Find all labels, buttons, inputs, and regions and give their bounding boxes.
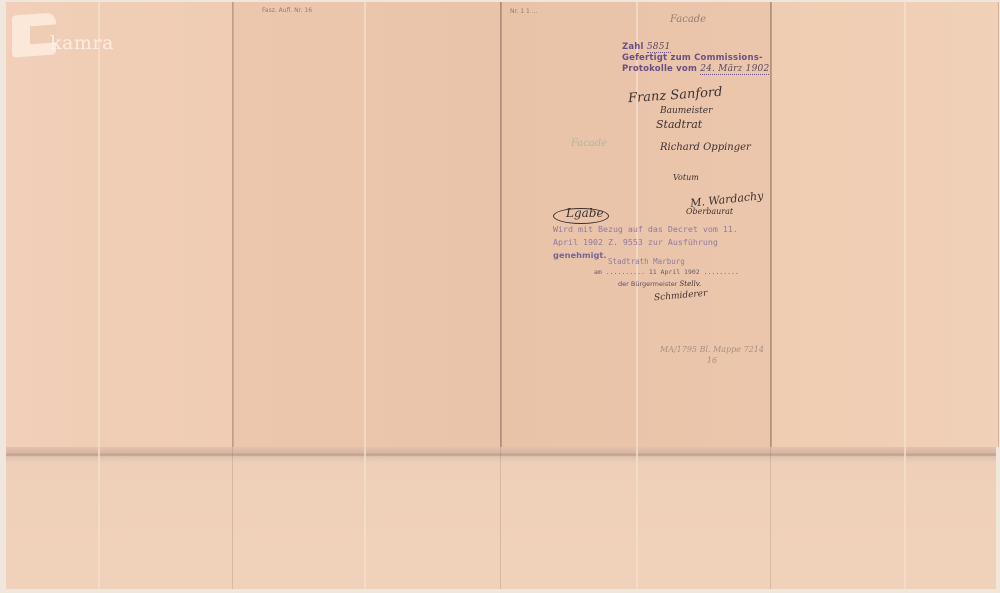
bottom-strip xyxy=(6,463,996,589)
vertical-crease xyxy=(98,2,100,589)
panel-edge xyxy=(232,2,233,589)
panel-1 xyxy=(6,2,233,447)
signature: Richard Oppinger xyxy=(660,142,751,153)
flourish-underline xyxy=(553,208,609,224)
office-label: der Bürgermeister xyxy=(618,280,677,288)
panel-edge xyxy=(770,2,771,589)
pencil-note-top-left: Fasz. Aufl. Nr. 16 xyxy=(262,7,312,14)
stamp-number-label: Zahl xyxy=(622,42,644,52)
kamra-watermark: kamra xyxy=(12,14,122,60)
stamp-date-value: 24. März 1902 xyxy=(700,64,769,75)
decree-line-2: April 1902 Z. 9553 zur Ausführung xyxy=(553,236,753,249)
signature: Stadtrat xyxy=(656,118,702,131)
pencil-note-top-right: Facade xyxy=(670,14,706,25)
stamp-line-3-label: Protokolle vom xyxy=(622,64,697,74)
signature: Oberbaurat xyxy=(686,207,733,216)
panel-2 xyxy=(232,2,503,447)
signature: Baumeister xyxy=(660,106,712,116)
date-value: 11 April 1902 xyxy=(649,268,700,276)
panel-4 xyxy=(770,2,999,447)
stamp-number-value: 5851 xyxy=(647,42,671,53)
archive-reference: MA/1795 Bl. Mappe 7214 16 xyxy=(660,344,764,366)
archive-ref-line-1: MA/1795 Bl. Mappe 7214 xyxy=(660,344,764,355)
vertical-crease xyxy=(364,2,366,589)
date-prefix: am xyxy=(594,268,602,276)
document-sheet xyxy=(6,2,996,589)
decree-line-1: Wird mit Bezug auf das Decret vom 11. xyxy=(553,223,753,236)
watermark-brand: kamra xyxy=(50,32,114,54)
pencil-note-top-center: Nr. 1 1 ... xyxy=(510,8,537,15)
panel-edge xyxy=(500,2,501,589)
vertical-crease xyxy=(904,2,906,589)
stamp-line-2: Gefertigt zum Commissions- xyxy=(622,53,769,64)
horizontal-fold xyxy=(6,447,996,463)
mayor-office: der Bürgermeister Stellv. xyxy=(618,280,701,288)
signature: Votum xyxy=(673,173,699,182)
archive-ref-line-2: 16 xyxy=(660,355,764,366)
commission-stamp: Zahl 5851 Gefertigt zum Commissions- Pro… xyxy=(622,42,769,75)
approval-date: am .......... 11 April 1902 ......... xyxy=(594,268,739,276)
faded-signature: Facade xyxy=(571,138,607,149)
office-handwritten: Stellv. xyxy=(680,280,702,288)
authority: Stadtrath Marburg xyxy=(608,257,685,266)
